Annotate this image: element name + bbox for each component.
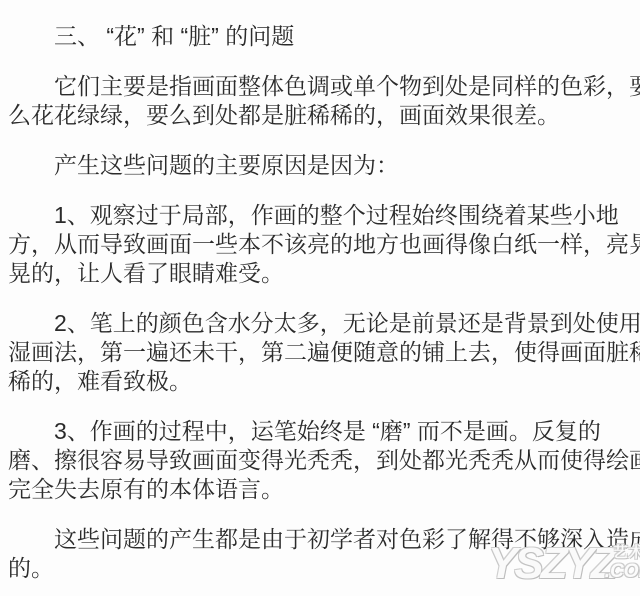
text-line: 磨、擦很容易导致画面变得光秃秃，到处都光秃秃从而使得绘画 <box>8 446 632 475</box>
text-line: 晃的，让人看了眼睛难受。 <box>8 259 632 288</box>
text-line: 方，从而导致画面一些本不该亮的地方也画得像白纸一样，亮晃 <box>8 230 632 259</box>
text-line: 稀的，难看致极。 <box>8 367 632 396</box>
text-line: 完全失去原有的本体语言。 <box>8 475 632 504</box>
article-page: 三、 “花” 和 “脏” 的问题 它们主要是指画面整体色调或单个物到处是同样的色… <box>0 0 640 596</box>
paragraph-overview: 它们主要是指画面整体色调或单个物到处是同样的色彩，要 么花花绿绿，要么到处都是脏… <box>0 72 640 130</box>
document-title: 三、 “花” 和 “脏” 的问题 <box>0 22 640 51</box>
list-item-3: 3、作画的过程中，运笔始终是 “磨” 而不是画。反复的 磨、擦很容易导致画面变得… <box>0 417 640 504</box>
text-line: 1、观察过于局部，作画的整个过程始终围绕着某些小地 <box>8 201 632 230</box>
text-line: 么花花绿绿，要么到处都是脏稀稀的，画面效果很差。 <box>8 101 632 130</box>
list-item-1: 1、观察过于局部，作画的整个过程始终围绕着某些小地 方，从而导致画面一些本不该亮… <box>0 201 640 288</box>
text-line: 产生这些问题的主要原因是因为： <box>8 151 632 180</box>
text-line: 这些问题的产生都是由于初学者对色彩了解得不够深入造成 <box>8 525 632 554</box>
text-line: 2、笔上的颜色含水分太多，无论是前景还是背景到处使用 <box>8 309 632 338</box>
text-line: 湿画法，第一遍还未干，第二遍便随意的铺上去，使得画面脏稀 <box>8 338 632 367</box>
paragraph-cause-lead: 产生这些问题的主要原因是因为： <box>0 151 640 180</box>
text-line: 的。 <box>8 554 632 583</box>
paragraph-conclusion: 这些问题的产生都是由于初学者对色彩了解得不够深入造成 的。 <box>0 525 640 583</box>
list-item-2: 2、笔上的颜色含水分太多，无论是前景还是背景到处使用 湿画法，第一遍还未干，第二… <box>0 309 640 396</box>
text-line: 它们主要是指画面整体色调或单个物到处是同样的色彩，要 <box>8 72 632 101</box>
text-line: 3、作画的过程中，运笔始终是 “磨” 而不是画。反复的 <box>8 417 632 446</box>
